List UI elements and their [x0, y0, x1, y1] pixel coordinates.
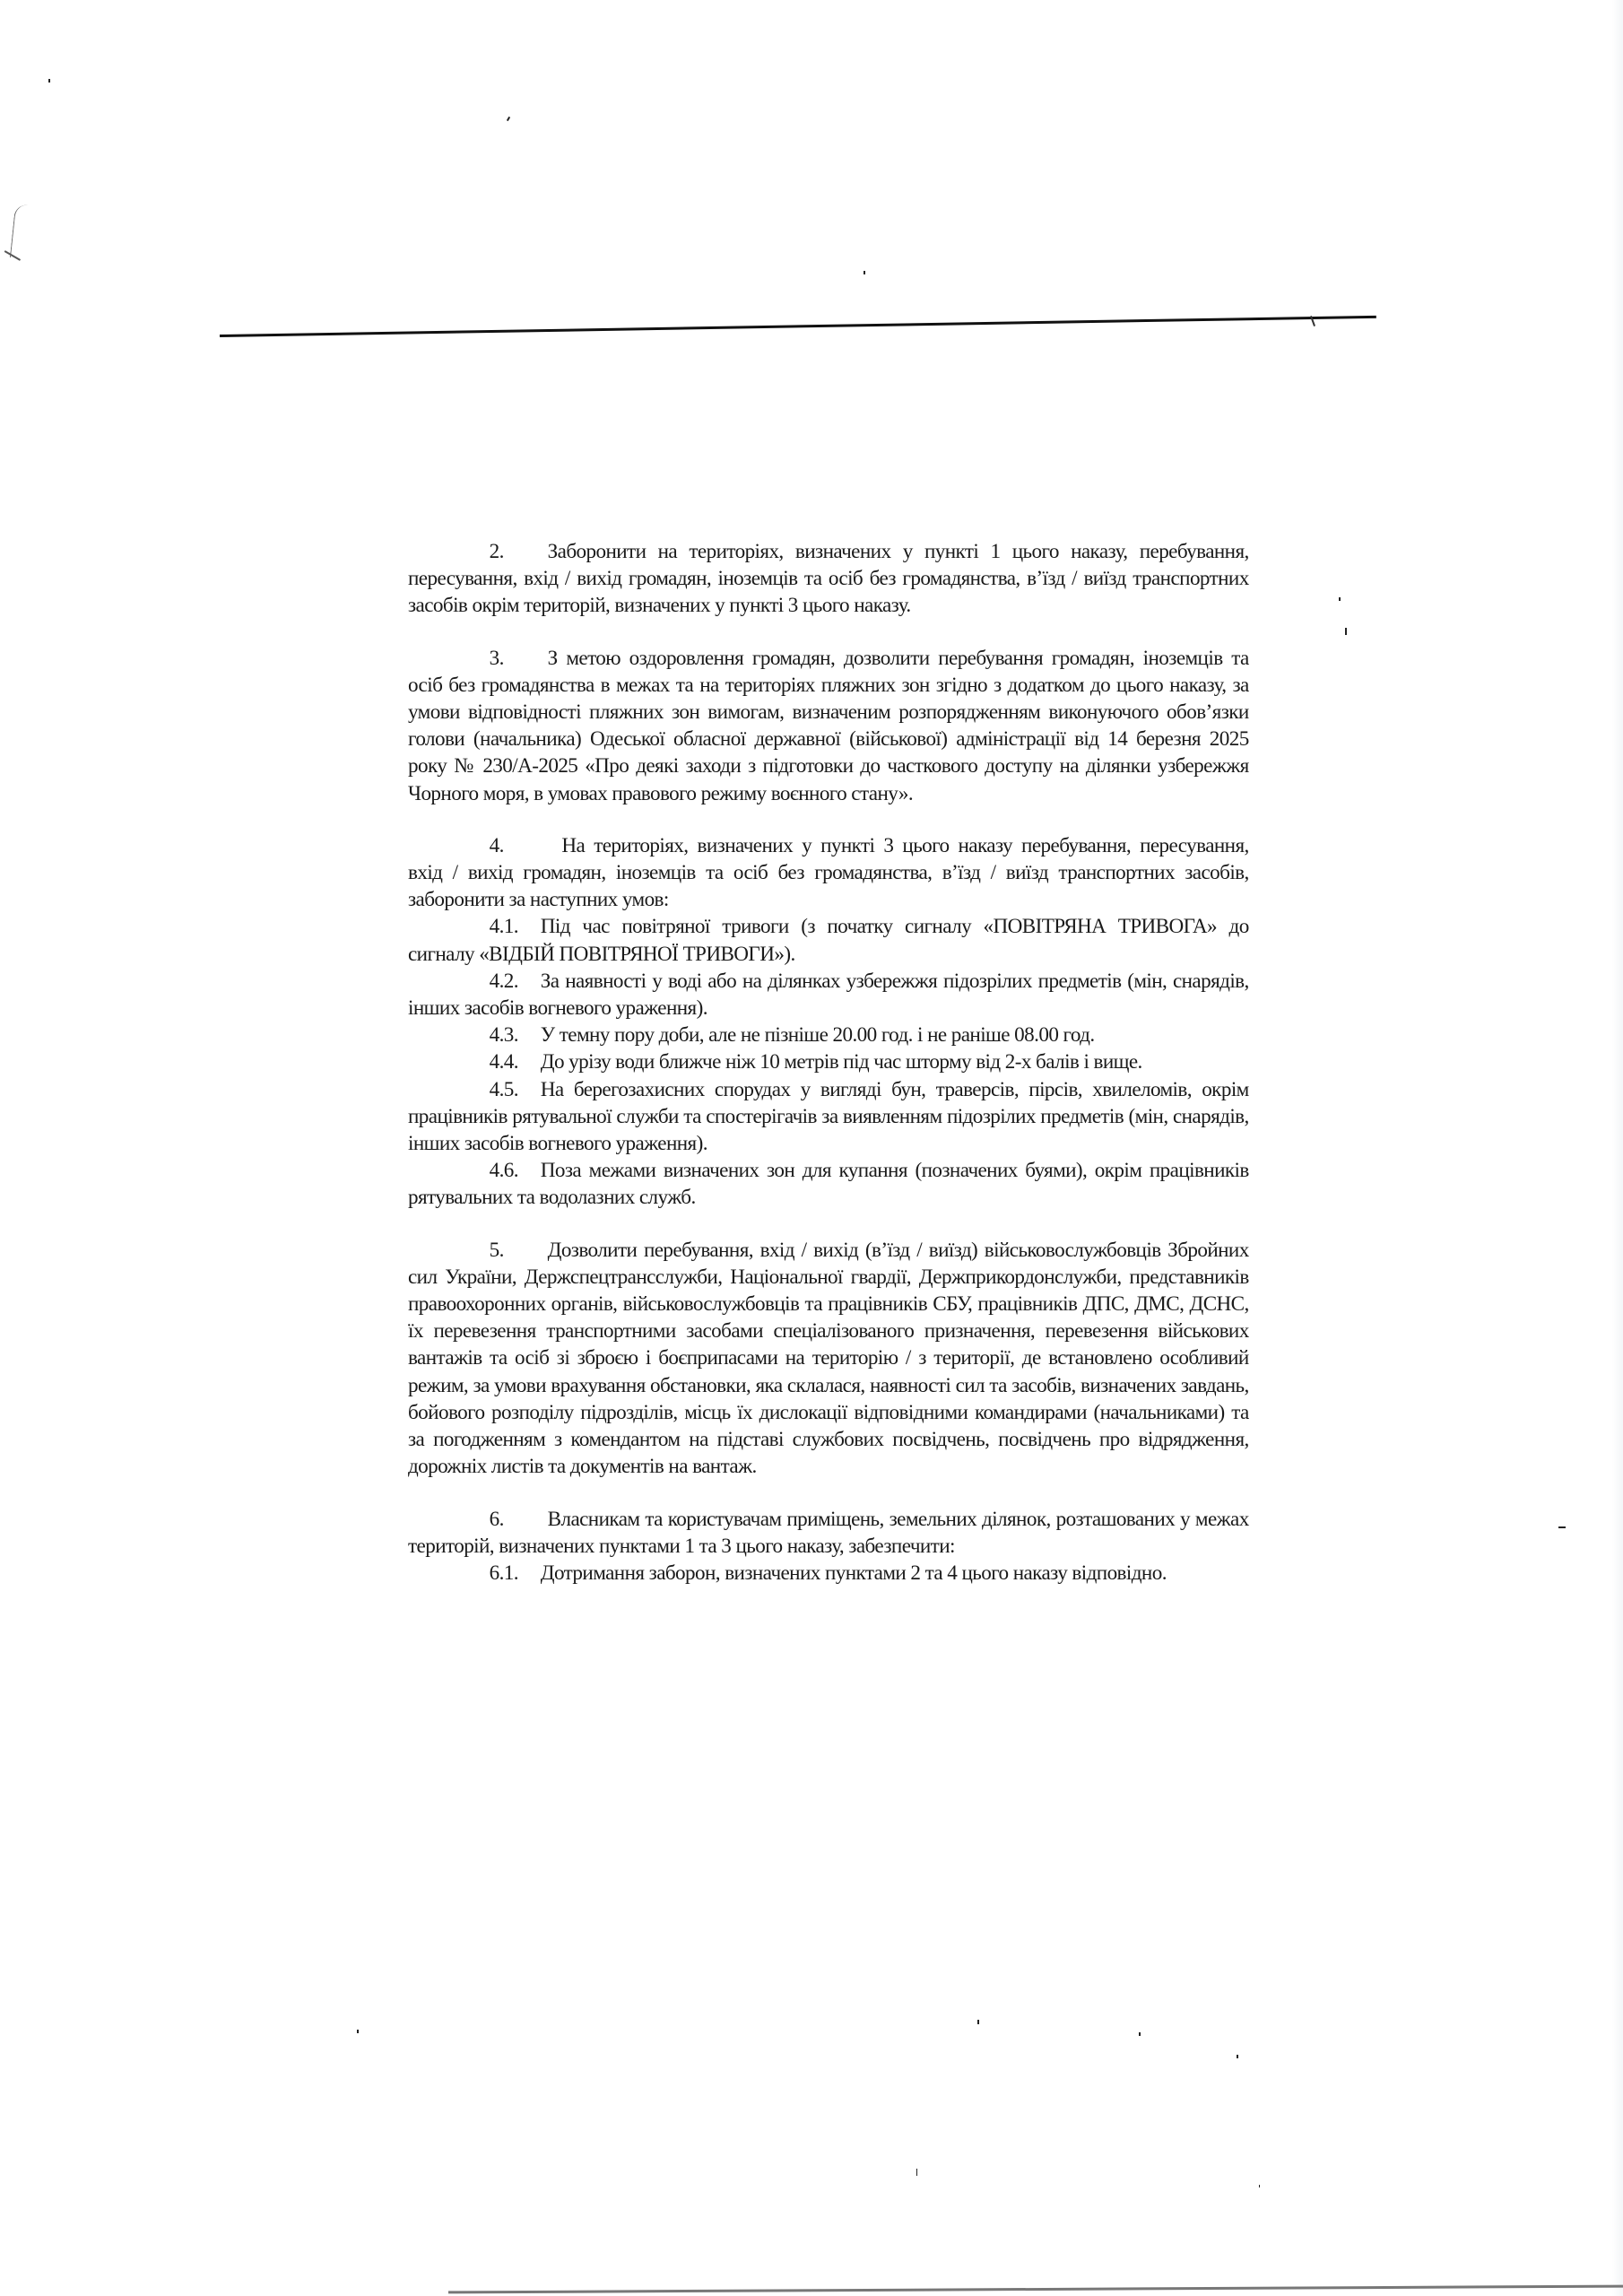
paragraph-number: 5. [408, 1237, 548, 1264]
paragraph-6: 6.Власникам та користувачам приміщень, з… [408, 1506, 1249, 1587]
scan-speck [1339, 597, 1341, 601]
header-separator-line [220, 316, 1376, 337]
subitem-text: Дотримання заборон, визначених пунктами … [541, 1561, 1167, 1585]
paragraph-number: 6. [408, 1506, 548, 1533]
scan-speck [357, 2030, 359, 2033]
scan-speck [977, 2020, 979, 2024]
subitem-number: 4.5. [408, 1076, 541, 1103]
paragraph-6-intro: 6.Власникам та користувачам приміщень, з… [408, 1506, 1249, 1560]
scan-speck [864, 271, 865, 274]
scan-speck [507, 117, 510, 121]
subitem-number: 4.2. [408, 968, 541, 995]
subitem-4-3: 4.3.У темну пору доби, але не пізніше 20… [408, 1022, 1249, 1048]
subitem-number: 4.6. [408, 1157, 541, 1184]
subitem-4-2: 4.2.За наявності у воді або на ділянках … [408, 968, 1249, 1022]
scan-speck [48, 79, 50, 83]
subitem-number: 4.3. [408, 1022, 541, 1048]
subitem-4-6: 4.6.Поза межами визначених зон для купан… [408, 1157, 1249, 1211]
scan-mark-bracket [10, 204, 30, 258]
paragraph-4-intro: 4.На територіях, визначених у пункті 3 ц… [408, 832, 1249, 914]
subitem-number: 6.1. [408, 1560, 541, 1587]
subitem-text: До урізу води ближче ніж 10 метрів під ч… [541, 1050, 1142, 1074]
subitem-number: 4.1. [408, 913, 541, 940]
paragraph-4: 4.На територіях, визначених у пункті 3 ц… [408, 832, 1249, 1212]
scan-edge-shadow [1612, 0, 1623, 2296]
subitem-text: У темну пору доби, але не пізніше 20.00 … [541, 1023, 1095, 1047]
paragraph-number: 2. [408, 538, 548, 565]
paragraph-3: 3.З метою оздоровлення громадян, дозволи… [408, 645, 1249, 807]
subitem-number: 4.4. [408, 1048, 541, 1075]
scanned-document-page: 2.Заборонити на територіях, визначених у… [0, 0, 1623, 2296]
subitem-4-4: 4.4.До урізу води ближче ніж 10 метрів п… [408, 1048, 1249, 1075]
paragraph-text: Дозволити перебування, вхід / вихід (в’ї… [408, 1239, 1249, 1479]
subitem-4-1: 4.1.Під час повітряної тривоги (з початк… [408, 913, 1249, 967]
scan-speck [1259, 2185, 1260, 2187]
subitem-6-1: 6.1.Дотримання заборон, визначених пункт… [408, 1560, 1249, 1587]
paragraph-number: 3. [408, 645, 548, 672]
paragraph-5: 5.Дозволити перебування, вхід / вихід (в… [408, 1237, 1249, 1481]
paragraph-number: 4. [408, 832, 561, 859]
document-body: 2.Заборонити на територіях, визначених у… [408, 538, 1249, 1587]
scan-bottom-edge [448, 2285, 1623, 2294]
scan-speck [1237, 2055, 1238, 2058]
scan-speck [1345, 628, 1347, 635]
scan-speck [1558, 1526, 1566, 1528]
subitem-4-5: 4.5.На берегозахисних спорудах у вигляді… [408, 1076, 1249, 1158]
scan-speck [916, 2169, 917, 2176]
paragraph-2: 2.Заборонити на територіях, визначених у… [408, 538, 1249, 620]
scan-speck [1139, 2032, 1141, 2036]
